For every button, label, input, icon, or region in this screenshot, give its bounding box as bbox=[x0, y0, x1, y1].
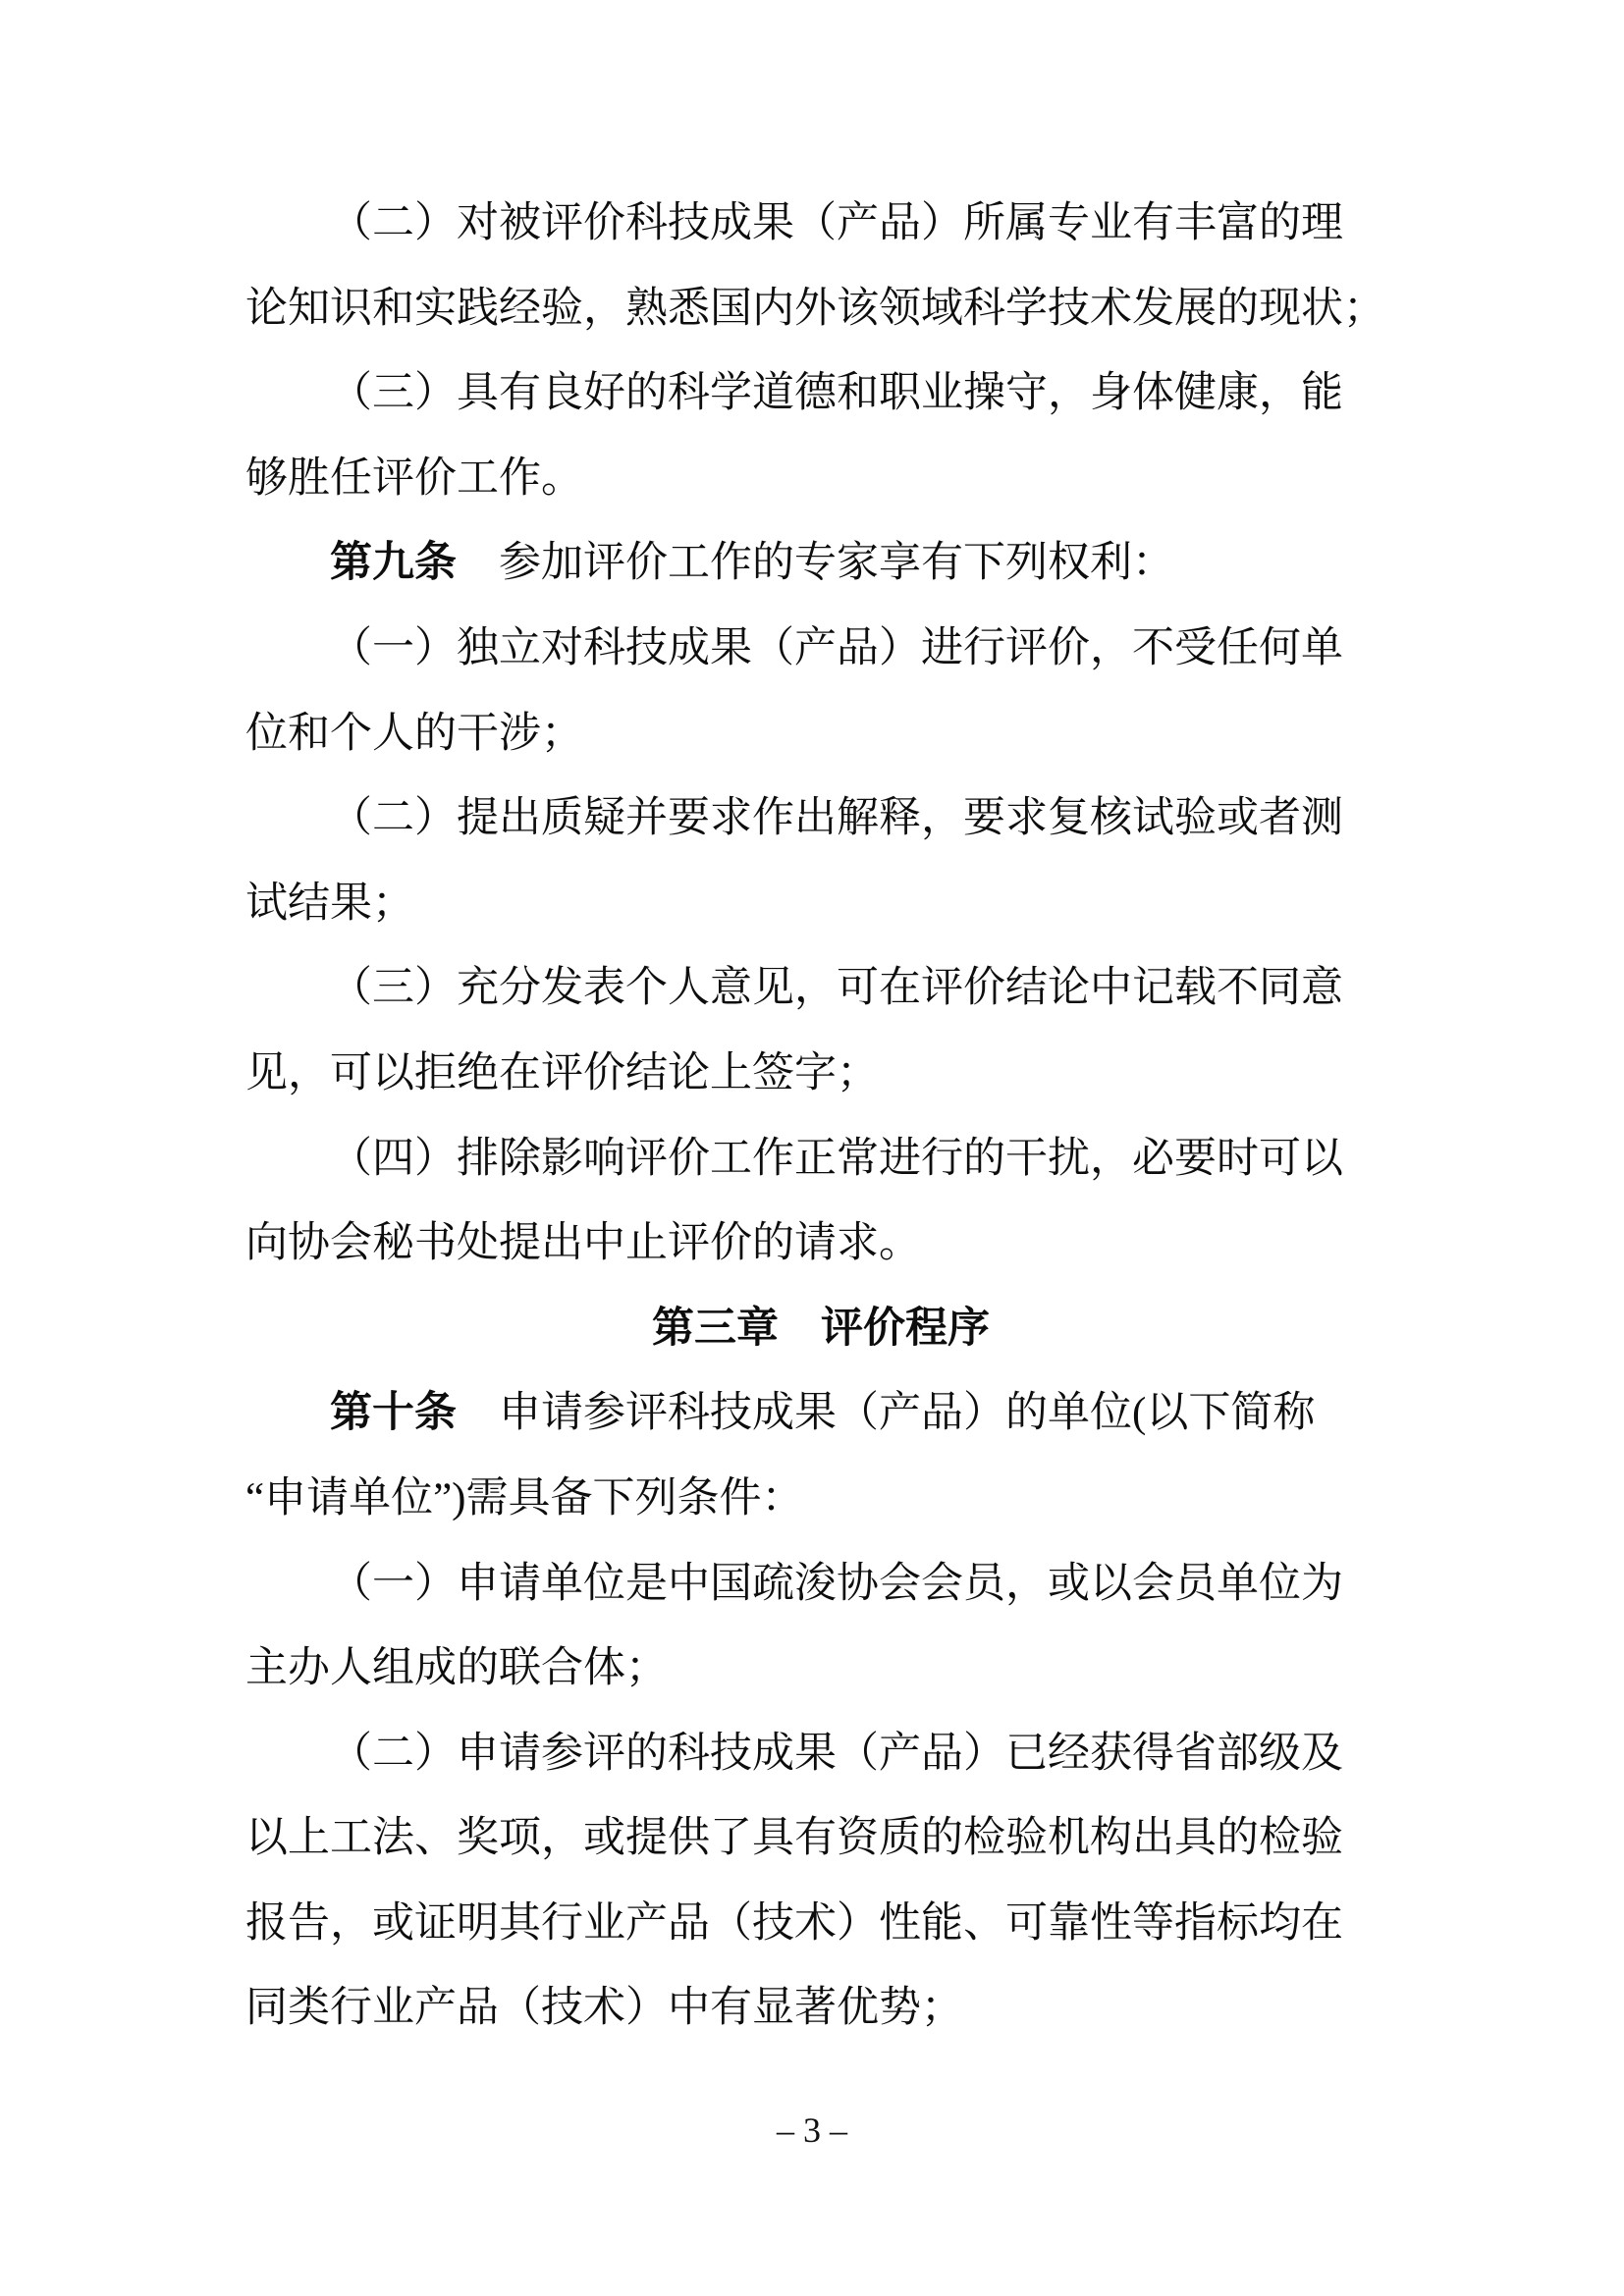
page-number: – 3 – bbox=[0, 2109, 1624, 2152]
text-run: 申请参评科技成果（产品）的单位(以下简称 bbox=[457, 1390, 1315, 1436]
text-line: 以上工法、奖项，或提供了具有资质的检验机构出具的检验 bbox=[245, 1796, 1396, 1882]
chapter-heading: 第三章 评价程序 bbox=[245, 1287, 1396, 1372]
text-run: 位和个人的干涉； bbox=[245, 711, 583, 757]
article-heading-line: 第九条 参加评价工作的专家享有下列权利： bbox=[245, 521, 1396, 607]
text-run: 同类行业产品（技术）中有显著优势； bbox=[245, 1985, 963, 2031]
text-run: （二）对被评价科技成果（产品）所属专业有丰富的理 bbox=[330, 200, 1343, 246]
article-heading-line: 第十条 申请参评科技成果（产品）的单位(以下简称 bbox=[245, 1371, 1396, 1457]
article-number: 第九条 bbox=[330, 540, 457, 586]
article-number: 第十条 bbox=[330, 1390, 457, 1436]
text-line: （二）申请参评的科技成果（产品）已经获得省部级及 bbox=[245, 1712, 1396, 1797]
text-run: 试结果； bbox=[245, 881, 414, 927]
text-run: （一）独立对科技成果（产品）进行评价，不受任何单 bbox=[330, 625, 1343, 671]
text-line: （三）充分发表个人意见，可在评价结论中记载不同意 bbox=[245, 946, 1396, 1032]
text-line: （二）提出质疑并要求作出解释，要求复核试验或者测 bbox=[245, 776, 1396, 862]
text-run: （四）排除影响评价工作正常进行的干扰，必要时可以 bbox=[330, 1136, 1343, 1182]
chapter-title: 第三章 评价程序 bbox=[652, 1306, 990, 1352]
text-run: 够胜任评价工作。 bbox=[245, 455, 583, 502]
document-body: （二）对被评价科技成果（产品）所属专业有丰富的理 论知识和实践经验，熟悉国内外该… bbox=[245, 182, 1396, 2052]
text-run: （二）申请参评的科技成果（产品）已经获得省部级及 bbox=[330, 1731, 1343, 1777]
text-line: “申请单位”)需具备下列条件： bbox=[245, 1457, 1396, 1542]
text-run: 向协会秘书处提出中止评价的请求。 bbox=[245, 1220, 921, 1266]
text-run: 见，可以拒绝在评价结论上签字； bbox=[245, 1050, 879, 1096]
text-line: （一）申请单位是中国疏浚协会会员，或以会员单位为 bbox=[245, 1542, 1396, 1628]
text-run: （三）充分发表个人意见，可在评价结论中记载不同意 bbox=[330, 965, 1343, 1011]
text-run: 论知识和实践经验，熟悉国内外该领域科学技术发展的现状； bbox=[245, 286, 1385, 332]
text-line: 见，可以拒绝在评价结论上签字； bbox=[245, 1032, 1396, 1117]
text-run: （三）具有良好的科学道德和职业操守，身体健康，能 bbox=[330, 370, 1343, 416]
text-line: 报告，或证明其行业产品（技术）性能、可靠性等指标均在 bbox=[245, 1882, 1396, 1967]
text-run: （二）提出质疑并要求作出解释，要求复核试验或者测 bbox=[330, 795, 1343, 841]
text-line: （四）排除影响评价工作正常进行的干扰，必要时可以 bbox=[245, 1117, 1396, 1202]
text-line: （一）独立对科技成果（产品）进行评价，不受任何单 bbox=[245, 607, 1396, 692]
text-line: 够胜任评价工作。 bbox=[245, 437, 1396, 522]
text-run: “申请单位”)需具备下列条件： bbox=[245, 1475, 804, 1522]
document-page: （二）对被评价科技成果（产品）所属专业有丰富的理 论知识和实践经验，熟悉国内外该… bbox=[0, 0, 1624, 2296]
text-run: （一）申请单位是中国疏浚协会会员，或以会员单位为 bbox=[330, 1561, 1343, 1607]
text-line: 主办人组成的联合体； bbox=[245, 1627, 1396, 1712]
text-line: 同类行业产品（技术）中有显著优势； bbox=[245, 1966, 1396, 2052]
text-run: 主办人组成的联合体； bbox=[245, 1645, 668, 1691]
text-line: （三）具有良好的科学道德和职业操守，身体健康，能 bbox=[245, 351, 1396, 437]
text-run: 报告，或证明其行业产品（技术）性能、可靠性等指标均在 bbox=[245, 1900, 1343, 1947]
text-line: 论知识和实践经验，熟悉国内外该领域科学技术发展的现状； bbox=[245, 267, 1396, 352]
text-run: 以上工法、奖项，或提供了具有资质的检验机构出具的检验 bbox=[245, 1815, 1343, 1861]
text-line: 位和个人的干涉； bbox=[245, 692, 1396, 777]
text-run: 参加评价工作的专家享有下列权利： bbox=[457, 540, 1174, 586]
text-line: 试结果； bbox=[245, 862, 1396, 947]
text-line: 向协会秘书处提出中止评价的请求。 bbox=[245, 1201, 1396, 1287]
text-line: （二）对被评价科技成果（产品）所属专业有丰富的理 bbox=[245, 182, 1396, 267]
